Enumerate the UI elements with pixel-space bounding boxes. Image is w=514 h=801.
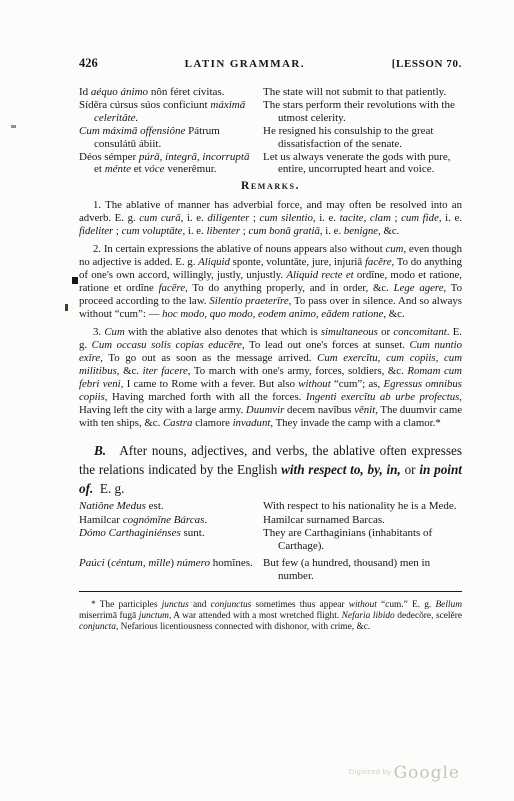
lesson-reference: [LESSON 70.	[392, 58, 462, 70]
footnote-rule	[79, 591, 462, 592]
example-row: Hamílcar cognómĭne Bárcas. Hamilcar surn…	[79, 514, 462, 527]
remark-paragraph-2: 2. In certain expressions the ablative o…	[79, 243, 462, 321]
latin-phrase: Déos sémper púrā, íntegrā, incorruptā et…	[79, 151, 257, 177]
english-translation: The stars perform their revolutions with…	[263, 99, 462, 125]
example-row: Síděra cúrsus súos conficiunt máximā cel…	[79, 99, 462, 125]
english-translation: Hamilcar surnamed Barcas.	[263, 514, 462, 527]
scanned-book-page: 426 LATIN GRAMMAR. [LESSON 70. Id aéquo …	[0, 0, 514, 801]
example-row: Natiône Medus est. With respect to his n…	[79, 500, 462, 513]
page-header: 426 LATIN GRAMMAR. [LESSON 70.	[79, 56, 462, 71]
example-row: Déos sémper púrā, íntegrā, incorruptā et…	[79, 151, 462, 177]
section-b-paragraph: B. After nouns, adjectives, and verbs, t…	[79, 441, 462, 499]
scan-speck	[11, 125, 16, 128]
digitized-by-label: Digitized by	[349, 767, 394, 776]
english-translation: The state will not submit to that patien…	[263, 86, 462, 99]
text-column: 426 LATIN GRAMMAR. [LESSON 70. Id aéquo …	[79, 56, 462, 634]
english-translation: With respect to his nationality he is a …	[263, 500, 462, 513]
english-translation: They are Carthaginians (inhabitants of C…	[263, 527, 462, 553]
google-logo: Google	[394, 763, 460, 783]
english-translation: Let us always venerate the gods with pur…	[263, 151, 462, 177]
scan-speck	[72, 277, 78, 284]
latin-phrase: Cum máximā offensiône Pátrum consulátū á…	[79, 125, 257, 151]
scan-speck	[65, 304, 68, 311]
remark-paragraph-3: 3. Cum with the ablative also denotes th…	[79, 326, 462, 430]
remark-paragraph-1: 1. The ablative of manner has adverbial …	[79, 199, 462, 238]
remarks-heading: Remarks.	[79, 180, 462, 192]
examples-table-top: Id aéquo ánimo nôn féret cívitas. The st…	[79, 86, 462, 176]
example-row: Paúci (céntum, mîlle) número homĭnes. Bu…	[79, 557, 462, 583]
page-number: 426	[79, 56, 98, 71]
latin-phrase: Hamílcar cognómĭne Bárcas.	[79, 514, 257, 527]
running-title: LATIN GRAMMAR.	[185, 58, 305, 70]
english-translation: But few (a hundred, thousand) men in num…	[263, 557, 462, 583]
examples-table-b: Natiône Medus est. With respect to his n…	[79, 500, 462, 582]
latin-phrase: Síděra cúrsus súos conficiunt máximā cel…	[79, 99, 257, 125]
watermark: Digitized by Google	[349, 763, 460, 783]
latin-phrase: Id aéquo ánimo nôn féret cívitas.	[79, 86, 257, 99]
latin-phrase: Paúci (céntum, mîlle) número homĭnes.	[79, 557, 257, 583]
latin-phrase: Dómo Carthaginiénses sunt.	[79, 527, 257, 553]
example-row: Id aéquo ánimo nôn féret cívitas. The st…	[79, 86, 462, 99]
footnote: * The participles junctus and conjunctus…	[79, 600, 462, 634]
english-translation: He resigned his consulship to the great …	[263, 125, 462, 151]
example-row: Cum máximā offensiône Pátrum consulátū á…	[79, 125, 462, 151]
latin-phrase: Natiône Medus est.	[79, 500, 257, 513]
example-row: Dómo Carthaginiénses sunt. They are Cart…	[79, 527, 462, 553]
